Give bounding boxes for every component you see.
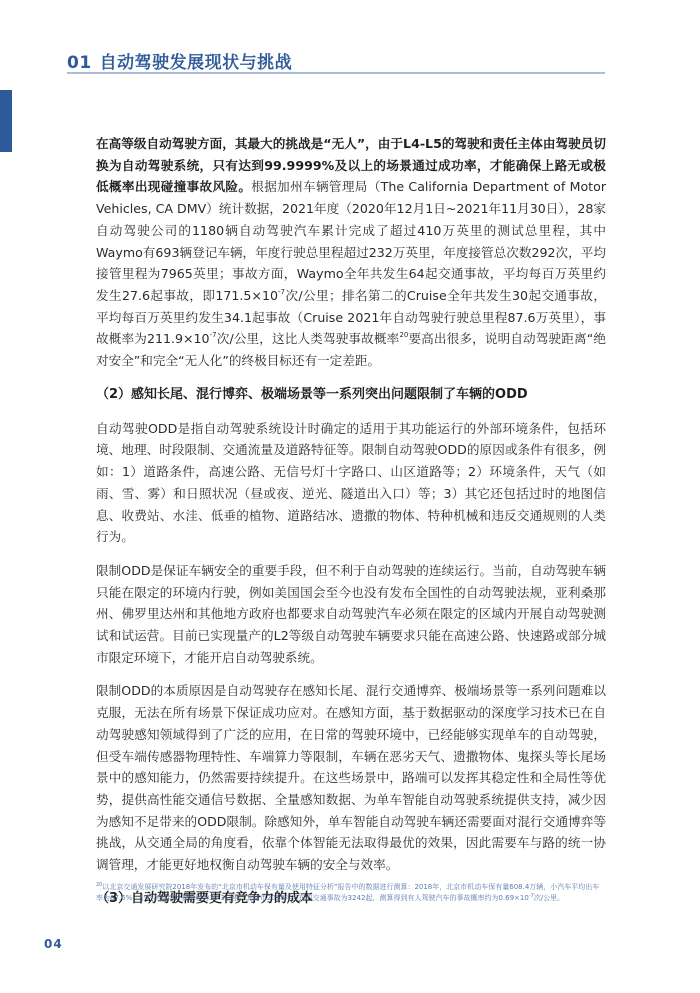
section-title: 自动驾驶发展现状与挑战 bbox=[100, 53, 293, 73]
section-side-tab bbox=[0, 90, 12, 152]
footnote-text: 次/公里。 bbox=[534, 894, 564, 902]
paragraph-text: 次/公里，这比人类驾驶事故概率 bbox=[217, 331, 400, 346]
exponent: -7 bbox=[278, 288, 285, 296]
exponent: -7 bbox=[210, 331, 217, 339]
paragraph-odd-definition: 自动驾驶ODD是指自动驾驶系统设计时确定的适用于其功能运行的外部环境条件，包括环… bbox=[96, 418, 606, 548]
paragraph-text: 根据加州车辆管理局（The California Department of M… bbox=[96, 179, 606, 303]
footnote-text: 以北京交通发展研究院2018年发布的“北京市机动车保有量及使用特征分析”报告中的… bbox=[96, 883, 599, 902]
paragraph-odd-safety: 限制ODD是保证车辆安全的重要手段，但不利于自动驾驶的连续运行。当前，自动驾驶车… bbox=[96, 560, 606, 669]
section-header: 01自动驾驶发展现状与挑战 bbox=[67, 48, 292, 73]
main-content: 在高等级自动驾驶方面，其最大的挑战是“无人”，由于L4-L5的驾驶和责任主体由驾… bbox=[96, 133, 606, 922]
paragraph-odd-root-cause: 限制ODD的本质原因是自动驾驶存在感知长尾、混行交通博弈、极端场景等一系列问题难… bbox=[96, 680, 606, 875]
paragraph-driverless-challenge: 在高等级自动驾驶方面，其最大的挑战是“无人”，由于L4-L5的驾驶和责任主体由驾… bbox=[96, 133, 606, 372]
subheading-odd-limits: （2）感知长尾、混行博弈、极端场景等一系列突出问题限制了车辆的ODD bbox=[96, 384, 606, 406]
footnote: 20以北京交通发展研究院2018年发布的“北京市机动车保有量及使用特征分析”报告… bbox=[96, 882, 606, 904]
page-number: 04 bbox=[44, 937, 63, 951]
header-divider bbox=[67, 72, 605, 74]
footnote-reference[interactable]: 20 bbox=[399, 331, 408, 339]
section-number: 01 bbox=[67, 53, 92, 73]
